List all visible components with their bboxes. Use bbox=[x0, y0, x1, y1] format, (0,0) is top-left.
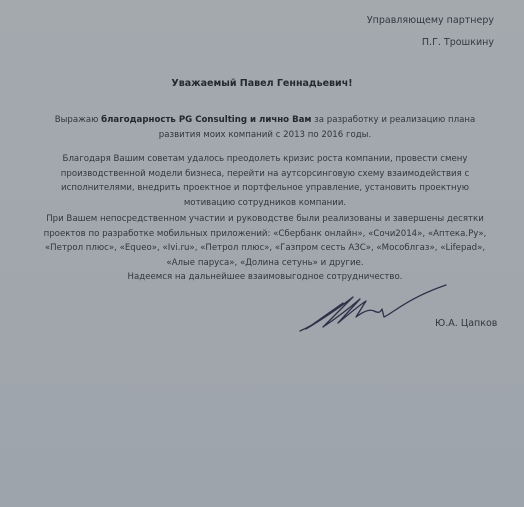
salutation: Уважаемый Павел Геннадьевич! bbox=[0, 78, 524, 89]
addressee-block: Управляющему партнеру П.Г. Трошкину bbox=[367, 10, 494, 54]
paragraph-gratitude: Выражаю благодарность PG Consulting и ли… bbox=[35, 113, 495, 142]
signer-name: Ю.А. Цапков bbox=[435, 318, 497, 329]
paragraph-projects: При Вашем непосредственном участии и рук… bbox=[35, 212, 495, 270]
paragraph-gratitude-bold: благодарность PG Consulting и лично Вам bbox=[101, 115, 311, 125]
addressee-title: Управляющему партнеру bbox=[367, 10, 494, 32]
signature-icon bbox=[298, 283, 448, 338]
paragraph-achievements: Благодаря Вашим советам удалось преодоле… bbox=[35, 152, 495, 210]
letter-page: Управляющему партнеру П.Г. Трошкину Уваж… bbox=[0, 0, 524, 507]
paragraph-gratitude-prefix: Выражаю bbox=[55, 115, 101, 125]
addressee-name: П.Г. Трошкину bbox=[367, 32, 494, 54]
